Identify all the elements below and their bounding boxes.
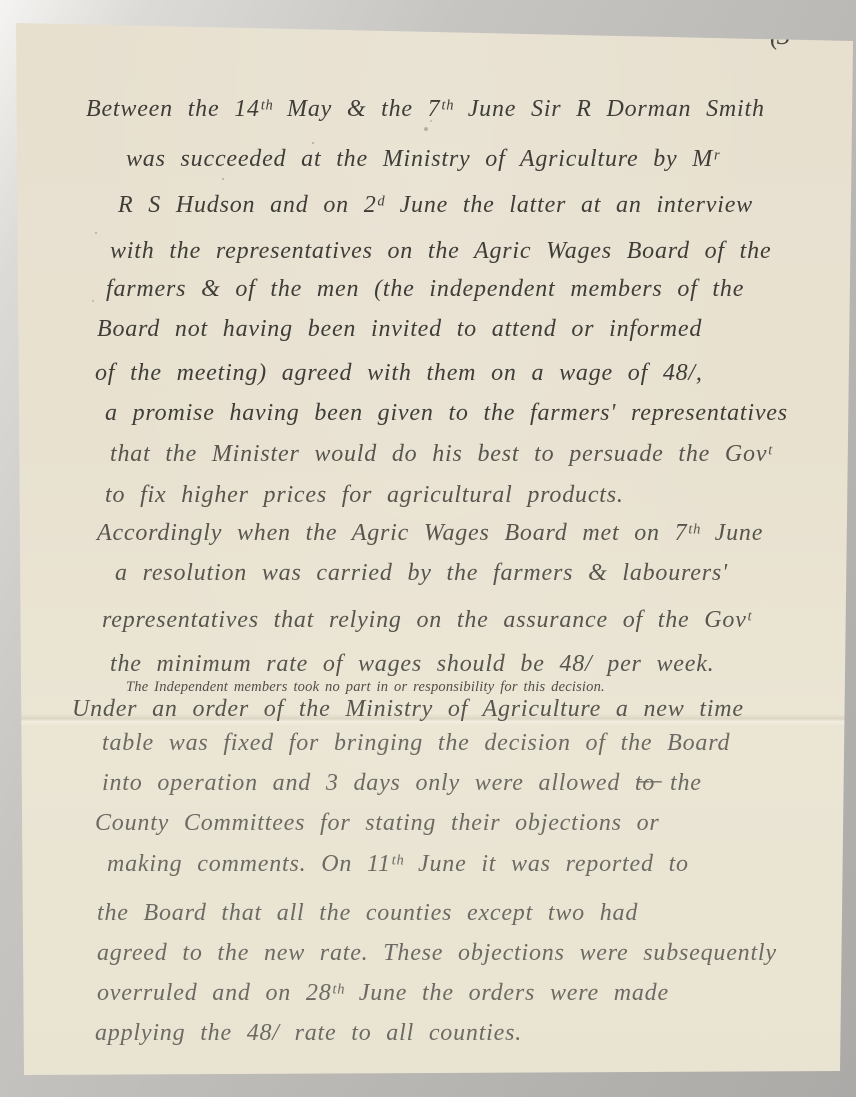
handwritten-line: overruled and on 28ᵗʰ June the orders we… — [97, 980, 669, 1007]
handwritten-line: of the meeting) agreed with them on a wa… — [95, 360, 703, 387]
handwritten-line: to fix higher prices for agricultural pr… — [105, 482, 624, 509]
manuscript-page: (3 Between the 14ᵗʰ May & the 7ᵗʰ June S… — [0, 0, 856, 1097]
handwritten-line: was succeeded at the Ministry of Agricul… — [126, 146, 719, 173]
handwritten-line: table was fixed for bringing the decisio… — [102, 730, 730, 757]
handwritten-line: the Board that all the counties except t… — [97, 900, 638, 927]
handwritten-line: agreed to the new rate. These objections… — [97, 940, 777, 967]
handwritten-line: that the Minister would do his best to p… — [110, 441, 772, 468]
paper-speckles — [0, 0, 2, 2]
handwritten-line: a promise having been given to the farme… — [105, 400, 788, 427]
handwritten-line: Board not having been invited to attend … — [97, 316, 702, 343]
handwritten-line: County Committees for stating their obje… — [95, 810, 660, 837]
handwritten-line: applying the 48/ rate to all counties. — [95, 1020, 522, 1047]
handwritten-line: into operation and 3 days only were allo… — [102, 770, 702, 797]
handwritten-line: representatives that relying on the assu… — [102, 607, 752, 634]
page-number: (3 — [770, 20, 789, 51]
handwritten-line: R S Hudson and on 2ᵈ June the latter at … — [118, 192, 753, 219]
handwritten-line: a resolution was carried by the farmers … — [115, 560, 728, 587]
handwritten-line: farmers & of the men (the independent me… — [106, 276, 744, 303]
scanned-document: (3 Between the 14ᵗʰ May & the 7ᵗʰ June S… — [0, 0, 856, 1097]
handwritten-line: with the representatives on the Agric Wa… — [110, 238, 771, 265]
handwritten-line: Accordingly when the Agric Wages Board m… — [97, 520, 763, 547]
handwritten-line: Between the 14ᵗʰ May & the 7ᵗʰ June Sir … — [86, 96, 765, 123]
handwritten-line: making comments. On 11ᵗʰ June it was rep… — [107, 851, 689, 878]
handwritten-line: Under an order of the Ministry of Agricu… — [72, 696, 744, 723]
handwritten-line: The Independent members took no part in … — [126, 679, 605, 696]
handwritten-line: the minimum rate of wages should be 48/ … — [110, 651, 714, 678]
